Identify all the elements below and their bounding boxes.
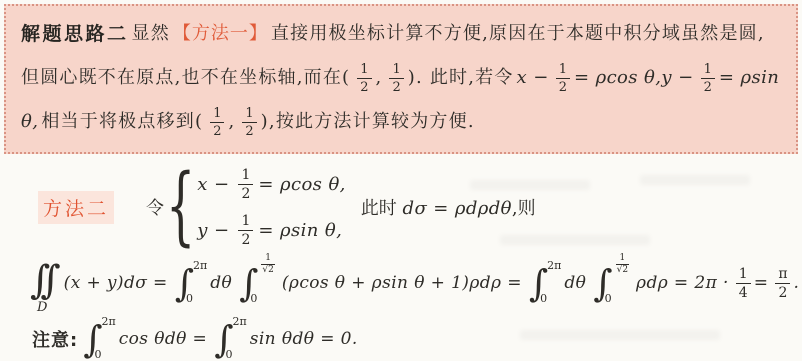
integral-sign-sin: ∫ 2π0: [214, 316, 247, 361]
textbook-page: { "colors": { "box_bg": "#f7d5ca", "box_…: [0, 0, 802, 361]
note-line3-text-b: ),按此方法计算较为方便.: [261, 102, 475, 142]
fraction-one-half: 12: [701, 63, 715, 94]
dtheta-token: dθ: [210, 273, 232, 293]
note-line2-comma: ,: [376, 58, 383, 98]
integral-sign-theta2: ∫ 2π0: [529, 260, 562, 306]
integral-sign-rho2: ∫ 1√2 0: [593, 260, 633, 306]
equals-token: =: [754, 273, 769, 293]
area-element-note: 此时 dσ = ρdρdθ,则: [361, 194, 536, 220]
double-integral-sign: ∫ ∫ D: [30, 261, 61, 306]
fraction-one-half: 12: [556, 63, 570, 94]
fraction-inv-sqrt2: 1√2: [616, 254, 629, 275]
case-y-equation: y − 12 = ρsin θ,: [197, 207, 351, 253]
remark-label: 注意:: [32, 326, 78, 352]
note-line-1: 解题思路二 显然 【方法一】 直接用极坐标计算不方便,原因在于本题中积分域虽然是…: [21, 13, 781, 55]
note-line-2: 但圆心既不在原点,也不在坐标轴,而在( 12 , 12 ). 此时,若令 x −…: [21, 57, 781, 99]
note-line1-text-b: 直接用极坐标计算不方便,原因在于本题中积分域虽然是圆,: [271, 14, 765, 54]
note-line2-text-b: ). 此时,若令: [408, 58, 514, 98]
equation-rho-sin: = ρsin: [719, 58, 779, 98]
bleedthrough-artifact: [640, 175, 750, 185]
case-x-equation: x − 12 = ρcos θ,: [197, 161, 351, 207]
bleedthrough-artifact: [470, 180, 590, 190]
substitution-cases: x − 12 = ρcos θ, y − 12 = ρsin θ,: [197, 161, 351, 253]
theta-comma: θ,: [21, 102, 38, 142]
equation-x-minus: x −: [517, 58, 549, 98]
note-line-3: θ, 相当于将极点移到( 12 , 12 ),按此方法计算较为方便.: [21, 101, 781, 143]
result-tail: ρdρ = 2π ·: [636, 273, 729, 293]
method-two-block: 方法二 令 { x − 12 = ρcos θ, y − 12 = ρsin θ…: [38, 158, 536, 256]
integral-sign-cos: ∫ 2π0: [83, 316, 116, 361]
fraction-one-half: 12: [210, 107, 224, 138]
bleedthrough-artifact: [500, 235, 650, 245]
note-line1-text-a: 显然: [132, 14, 170, 54]
solution-idea-box: 解题思路二 显然 【方法一】 直接用极坐标计算不方便,原因在于本题中积分域虽然是…: [4, 4, 798, 154]
method-one-reference: 【方法一】: [173, 14, 268, 54]
note-line3-comma: ,: [228, 102, 235, 142]
dtheta-token2: dθ: [564, 273, 586, 293]
fraction-pi-over-2: π2: [775, 267, 790, 300]
remark-line: 注意: ∫ 2π0 cos θdθ = ∫ 2π0 sin θdθ = 0.: [32, 316, 361, 361]
method-two-label: 方法二: [38, 191, 114, 224]
note-line2-text-a: 但圆心既不在原点,也不在坐标轴,而在(: [21, 58, 350, 98]
cos-integral-text: cos θdθ =: [119, 329, 207, 349]
fraction-inv-sqrt2: 1√2: [261, 254, 274, 275]
fraction-one-half: 12: [242, 107, 256, 138]
bleedthrough-artifact: [520, 330, 720, 340]
integrand-xy: (x + y)dσ =: [64, 273, 168, 293]
fraction-one-half: 12: [238, 168, 253, 201]
cases-brace: {: [166, 162, 195, 247]
fraction-one-half: 12: [238, 214, 253, 247]
main-integral-equation: ∫ ∫ D (x + y)dσ = ∫ 2π0 dθ ∫ 1√2 0 (ρcos…: [30, 252, 802, 314]
period-token: .: [794, 273, 800, 293]
integrand-polar: (ρcos θ + ρsin θ + 1)ρdρ =: [282, 273, 522, 293]
let-text: 令: [146, 194, 164, 220]
fraction-one-half: 12: [357, 63, 371, 94]
sin-integral-text: sin θdθ = 0.: [250, 329, 358, 349]
solution-idea-heading: 解题思路二: [21, 14, 129, 54]
integral-sign-rho: ∫ 1√2 0: [239, 260, 279, 306]
fraction-one-quarter: 14: [736, 267, 751, 300]
fraction-one-half: 12: [389, 63, 403, 94]
integration-domain-label: D: [37, 300, 47, 315]
note-line3-text-a: 相当于将极点移到(: [41, 102, 203, 142]
integral-sign-theta: ∫ 2π0: [175, 260, 208, 306]
equation-rho-cos: = ρcos θ,y −: [574, 58, 694, 98]
